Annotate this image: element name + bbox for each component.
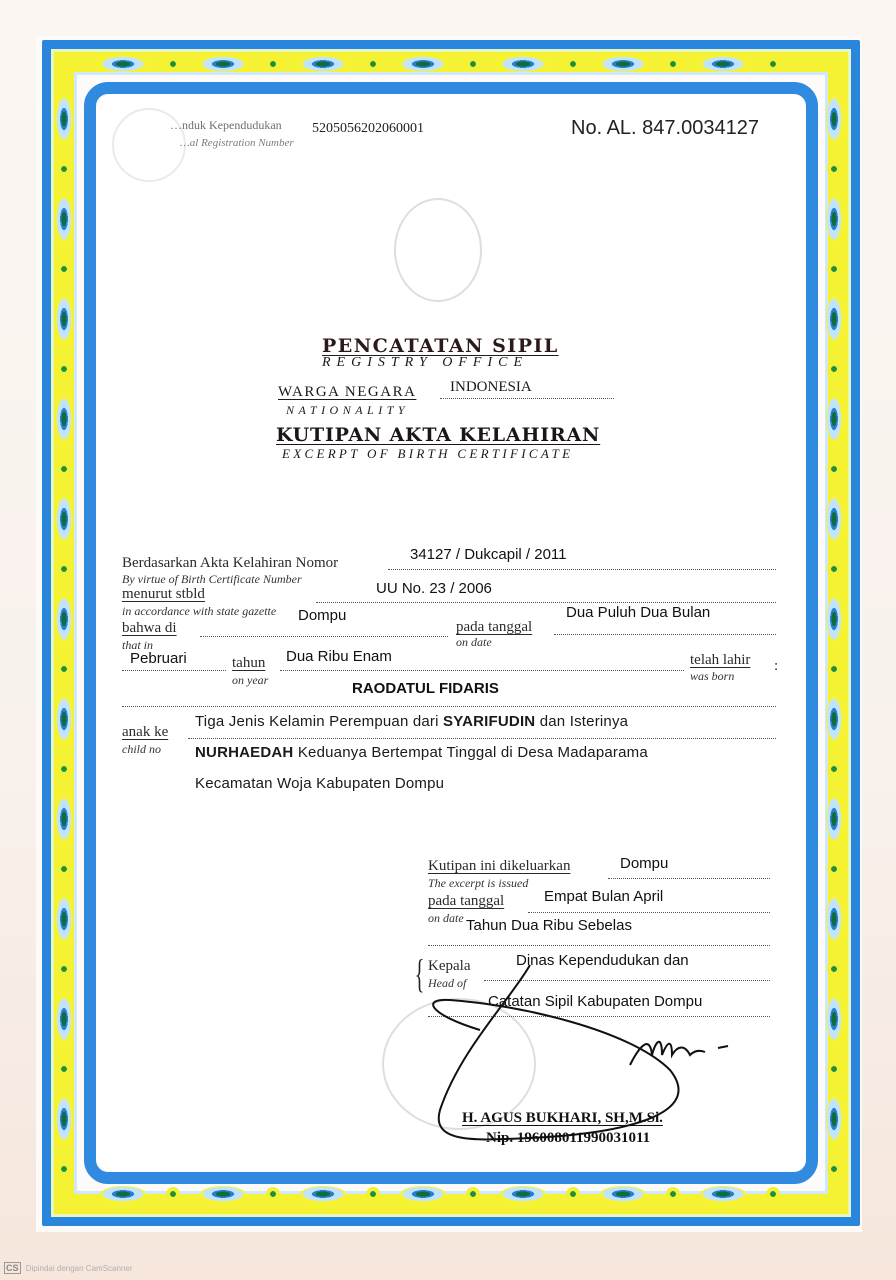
dotted-line [528, 912, 770, 913]
colon: : [774, 658, 778, 675]
square-ornament-icon [827, 862, 841, 876]
square-ornament-icon [827, 1062, 841, 1076]
square-ornament-icon [366, 57, 380, 71]
lozenge-ornament-icon [500, 1186, 546, 1202]
lozenge-ornament-icon [826, 296, 842, 342]
square-ornament-icon [566, 1187, 580, 1201]
lozenge-ornament-icon [56, 596, 72, 642]
square-ornament-icon [57, 262, 71, 276]
square-ornament-icon [566, 57, 580, 71]
lozenge-ornament-icon [826, 796, 842, 842]
square-ornament-icon [827, 262, 841, 276]
square-ornament-icon [266, 57, 280, 71]
square-ornament-icon [827, 962, 841, 976]
square-ornament-icon [57, 862, 71, 876]
description-text: dan Isterinya [540, 713, 628, 730]
certificate-number-label-en: By virtue of Birth Certificate Number [122, 572, 302, 587]
lozenge-ornament-icon [200, 1186, 246, 1202]
nationality-label-en: NATIONALITY [286, 403, 409, 418]
lozenge-ornament-icon [56, 96, 72, 142]
square-ornament-icon [57, 662, 71, 676]
lozenge-ornament-icon [56, 296, 72, 342]
description-text: Keduanya Bertempat Tinggal di Desa Madap… [298, 744, 648, 761]
lozenge-ornament-icon [56, 796, 72, 842]
lozenge-ornament-icon [56, 1096, 72, 1142]
lozenge-ornament-icon [56, 196, 72, 242]
nik-label-en: …al Registration Number [180, 137, 294, 149]
certificate-number-value: 34127 / Dukcapil / 2011 [410, 546, 567, 563]
place-label: bahwa di [122, 620, 177, 637]
square-ornament-icon [766, 57, 780, 71]
mother-name: NURHAEDAH [195, 744, 293, 761]
child-no-label: anak ke [122, 724, 168, 741]
gazette-label-en: in accordance with state gazette [122, 604, 276, 619]
official-name: H. AGUS BUKHARI, SH,M.Si. [462, 1110, 663, 1127]
dotted-line [440, 398, 614, 399]
place-value: Dompu [298, 607, 346, 624]
lozenge-ornament-icon [826, 1096, 842, 1142]
square-ornament-icon [827, 662, 841, 676]
square-ornament-icon [166, 57, 180, 71]
issued-label: Kutipan ini dikeluarkan [428, 858, 570, 875]
gazette-value: UU No. 23 / 2006 [376, 580, 492, 597]
lozenge-ornament-icon [100, 1186, 146, 1202]
square-ornament-icon [366, 1187, 380, 1201]
dotted-line [280, 670, 684, 671]
lozenge-ornament-icon [826, 696, 842, 742]
lozenge-ornament-icon [300, 1186, 346, 1202]
square-ornament-icon [827, 462, 841, 476]
lozenge-ornament-icon [56, 496, 72, 542]
square-ornament-icon [57, 462, 71, 476]
square-ornament-icon [766, 1187, 780, 1201]
official-nip: Nip. 196008011990031011 [486, 1130, 650, 1147]
lozenge-ornament-icon [500, 56, 546, 72]
child-name: RAODATUL FIDARIS [352, 680, 499, 697]
watermark-text: Dipindai dengan CamScanner [26, 1264, 133, 1273]
lozenge-ornament-icon [400, 56, 446, 72]
description-line-3: Kecamatan Woja Kabupaten Dompu [195, 775, 444, 792]
lozenge-ornament-icon [56, 896, 72, 942]
dotted-line [316, 602, 776, 603]
dotted-line [554, 634, 776, 635]
square-ornament-icon [827, 762, 841, 776]
lozenge-ornament-icon [700, 56, 746, 72]
lozenge-ornament-icon [200, 56, 246, 72]
issued-date-line-2: Tahun Dua Ribu Sebelas [466, 917, 632, 934]
lozenge-ornament-icon [56, 396, 72, 442]
square-ornament-icon [57, 1062, 71, 1076]
born-label: telah lahir [690, 652, 750, 669]
issued-place: Dompu [620, 855, 668, 872]
lozenge-ornament-icon [826, 896, 842, 942]
nationality-value: INDONESIA [450, 379, 532, 396]
dotted-line [122, 670, 226, 671]
lozenge-ornament-icon [300, 56, 346, 72]
square-ornament-icon [57, 162, 71, 176]
square-ornament-icon [827, 562, 841, 576]
dotted-line [188, 738, 776, 739]
year-label: tahun [232, 655, 265, 672]
square-ornament-icon [466, 57, 480, 71]
month-value: Pebruari [130, 650, 187, 667]
date-label: pada tanggal [456, 619, 532, 636]
dotted-line [428, 945, 770, 946]
born-label-en: was born [690, 669, 734, 684]
document-title: KUTIPAN AKTA KELAHIRAN [276, 424, 600, 446]
square-ornament-icon [266, 1187, 280, 1201]
scanner-watermark: CS Dipindai dengan CamScanner [4, 1262, 132, 1274]
dotted-line [388, 569, 776, 570]
lozenge-ornament-icon [826, 196, 842, 242]
lozenge-ornament-icon [56, 696, 72, 742]
square-ornament-icon [57, 762, 71, 776]
child-no-label-en: child no [122, 742, 161, 757]
square-ornament-icon [57, 362, 71, 376]
square-ornament-icon [666, 57, 680, 71]
year-value: Dua Ribu Enam [286, 648, 392, 665]
date-value: Dua Puluh Dua Bulan [566, 604, 710, 621]
square-ornament-icon [57, 962, 71, 976]
dotted-line [608, 878, 770, 879]
faded-stamp-top [394, 198, 482, 302]
lozenge-ornament-icon [600, 56, 646, 72]
lozenge-ornament-icon [826, 96, 842, 142]
issued-date-label-en: on date [428, 911, 464, 926]
issued-date-label: pada tanggal [428, 893, 504, 910]
lozenge-ornament-icon [700, 1186, 746, 1202]
document-title-en: EXCERPT OF BIRTH CERTIFICATE [282, 446, 573, 462]
lozenge-ornament-icon [100, 56, 146, 72]
issued-date-line-1: Empat Bulan April [544, 888, 663, 905]
square-ornament-icon [666, 1187, 680, 1201]
certificate-number-label: Berdasarkan Akta Kelahiran Nomor [122, 555, 338, 572]
lozenge-ornament-icon [826, 496, 842, 542]
office-title: PENCATATAN SIPIL [322, 335, 559, 357]
square-ornament-icon [827, 162, 841, 176]
lozenge-ornament-icon [826, 396, 842, 442]
nik-value: 5205056202060001 [312, 121, 424, 137]
gazette-label: menurut stbld [122, 586, 205, 603]
nationality-label: WARGA NEGARA [278, 384, 416, 401]
description-line-1: Tiga Jenis Kelamin Perempuan dari SYARIF… [195, 713, 628, 730]
square-ornament-icon [166, 1187, 180, 1201]
lozenge-ornament-icon [826, 996, 842, 1042]
dotted-line [122, 706, 776, 707]
lozenge-ornament-icon [826, 596, 842, 642]
description-line-2: NURHAEDAH Keduanya Bertempat Tinggal di … [195, 744, 648, 761]
office-title-en: REGISTRY OFFICE [322, 355, 528, 371]
dotted-line [200, 636, 448, 637]
lozenge-ornament-icon [56, 996, 72, 1042]
square-ornament-icon [57, 562, 71, 576]
year-label-en: on year [232, 673, 268, 688]
document-number: No. AL. 847.0034127 [571, 117, 759, 140]
square-ornament-icon [827, 362, 841, 376]
issued-label-en: The excerpt is issued [428, 876, 528, 891]
square-ornament-icon [827, 1162, 841, 1176]
nik-label: …nduk Kependudukan [170, 118, 282, 133]
lozenge-ornament-icon [400, 1186, 446, 1202]
father-name: SYARIFUDIN [443, 713, 535, 730]
square-ornament-icon [466, 1187, 480, 1201]
square-ornament-icon [57, 1162, 71, 1176]
date-label-en: on date [456, 635, 492, 650]
camscanner-logo-icon: CS [4, 1262, 21, 1274]
lozenge-ornament-icon [600, 1186, 646, 1202]
description-text: Tiga Jenis Kelamin Perempuan dari [195, 713, 439, 730]
